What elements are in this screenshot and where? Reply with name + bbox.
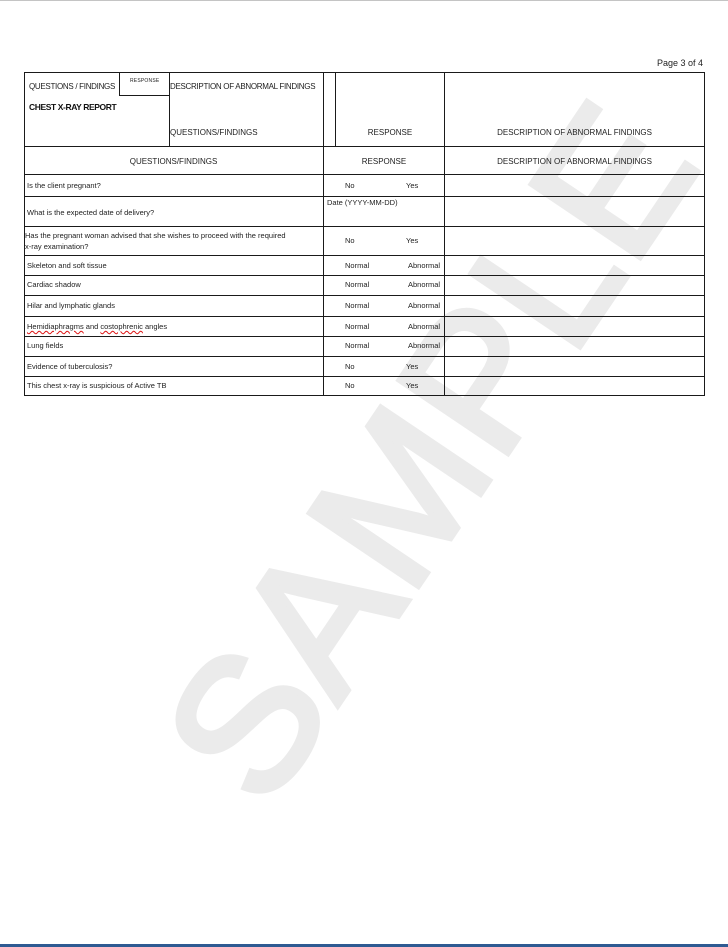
question-proceed-xray-line2: x-ray examination? [25, 242, 88, 251]
option-abnormal[interactable]: Abnormal [408, 301, 440, 310]
option-yes[interactable]: Yes [406, 362, 418, 371]
description-field[interactable] [445, 227, 704, 255]
header-response-label-small: RESPONSE [130, 78, 159, 84]
description-field[interactable] [445, 256, 704, 275]
option-normal[interactable]: Normal [345, 322, 369, 331]
option-abnormal[interactable]: Abnormal [408, 322, 440, 331]
header-description: DESCRIPTION OF ABNORMAL FINDINGS [445, 128, 704, 137]
question-expected-delivery: What is the expected date of delivery? [27, 208, 154, 217]
page-indicator: Page 3 of 4 [657, 58, 703, 68]
delivery-date-input[interactable] [324, 207, 444, 226]
header-response-box-left [119, 72, 120, 96]
header-description-label: DESCRIPTION OF ABNORMAL FINDINGS [170, 82, 315, 91]
option-no[interactable]: No [345, 381, 355, 390]
spellcheck-word: Hemidiaphragms [27, 322, 84, 331]
header-questions-findings-label: QUESTIONS / FINDINGS [29, 82, 115, 91]
option-normal[interactable]: Normal [345, 341, 369, 350]
spellcheck-word: costophrenic [100, 322, 143, 331]
finding-hemidiaphragms: Hemidiaphragms and costophrenic angles [27, 322, 167, 331]
header-questions-findings: QUESTIONS/FINDINGS [170, 128, 258, 137]
column-header-response: RESPONSE [324, 157, 444, 166]
option-normal[interactable]: Normal [345, 280, 369, 289]
description-field[interactable] [445, 276, 704, 295]
option-no[interactable]: No [345, 362, 355, 371]
finding-evidence-tb: Evidence of tuberculosis? [27, 362, 112, 371]
top-rule [0, 0, 728, 1]
finding-suspicious-active-tb: This chest x-ray is suspicious of Active… [27, 381, 167, 390]
description-field[interactable] [445, 197, 704, 226]
description-field[interactable] [445, 296, 704, 316]
table-border-bottom [24, 395, 705, 396]
option-normal[interactable]: Normal [345, 301, 369, 310]
description-field[interactable] [445, 377, 704, 395]
option-abnormal[interactable]: Abnormal [408, 280, 440, 289]
description-field[interactable] [445, 317, 704, 336]
report-title: CHEST X-RAY REPORT [29, 102, 116, 112]
date-field-label: Date (YYYY-MM-DD) [327, 198, 398, 207]
option-yes[interactable]: Yes [406, 381, 418, 390]
table-border-right [704, 72, 705, 396]
description-field[interactable] [445, 357, 704, 376]
text-fragment: and [84, 322, 101, 331]
table-border-top [24, 72, 705, 73]
finding-lung-fields: Lung fields [27, 341, 63, 350]
question-proceed-xray-line1: Has the pregnant woman advised that she … [25, 231, 286, 240]
option-abnormal[interactable]: Abnormal [408, 261, 440, 270]
column-header-description: DESCRIPTION OF ABNORMAL FINDINGS [445, 157, 704, 166]
column-divider-response [323, 72, 324, 396]
text-fragment: angles [143, 322, 167, 331]
option-abnormal[interactable]: Abnormal [408, 341, 440, 350]
description-field[interactable] [445, 175, 704, 196]
description-field[interactable] [445, 337, 704, 356]
option-yes[interactable]: Yes [406, 181, 418, 190]
finding-hilar-lymphatic: Hilar and lymphatic glands [27, 301, 115, 310]
column-header-questions: QUESTIONS/FINDINGS [24, 157, 323, 166]
question-client-pregnant: Is the client pregnant? [27, 181, 101, 190]
option-normal[interactable]: Normal [345, 261, 369, 270]
option-no[interactable]: No [345, 236, 355, 245]
finding-cardiac-shadow: Cardiac shadow [27, 280, 81, 289]
option-yes[interactable]: Yes [406, 236, 418, 245]
finding-skeleton-soft-tissue: Skeleton and soft tissue [27, 261, 107, 270]
header-response: RESPONSE [336, 128, 444, 137]
header-response-box-bottom [119, 95, 169, 96]
row-divider [24, 146, 705, 147]
option-no[interactable]: No [345, 181, 355, 190]
